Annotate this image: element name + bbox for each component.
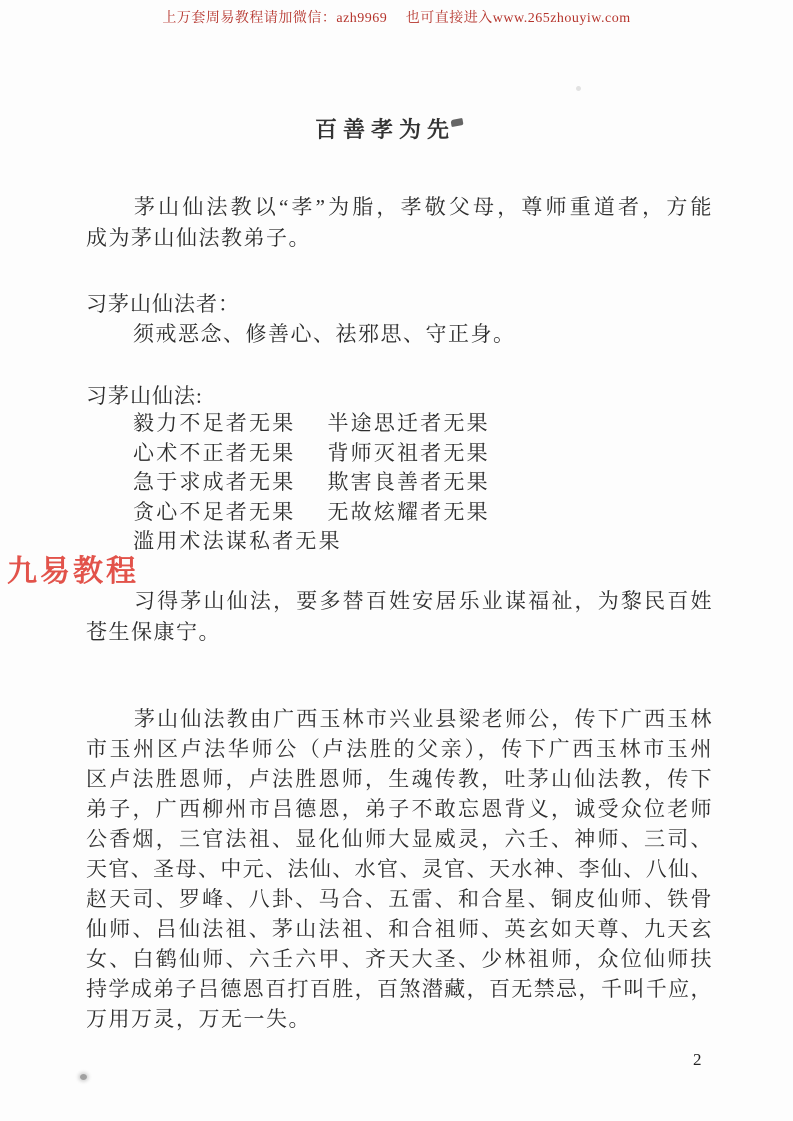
method-rule-left: 毅力不足者无果 (133, 409, 320, 439)
method-rule-row: 毅力不足者无果 半途思迁者无果 (133, 409, 490, 439)
method-rule-row: 贪心不足者无果 无故炫耀者无果 (133, 498, 490, 528)
page-number: 2 (693, 1050, 702, 1070)
text-line: 女、白鹤仙师、六壬六甲、齐天大圣、少林祖师，众位仙师扶 (86, 944, 712, 974)
watermark-text: 九易教程 (7, 546, 139, 590)
text-line: 苍生保康宁。 (86, 617, 712, 648)
scanned-page: 上万套周易教程请加微信：azh9969 也可直接进入www.265zhouyiw… (0, 0, 793, 1121)
text-line: 成为茅山仙法教弟子。 (86, 223, 712, 254)
method-rule-right: 背师灭祖者无果 (327, 441, 489, 465)
section-heading-practitioner: 习茅山仙法者： (86, 288, 240, 318)
intro-paragraph: 茅山仙法教以“孝”为脂，孝敬父母，尊师重道者，方能成为茅山仙法教弟子。 (86, 192, 712, 254)
text-line: 万用万灵，万无一失。 (86, 1004, 712, 1034)
page-title: 百善孝为先 (315, 113, 455, 144)
method-rule-left: 贪心不足者无果 (133, 498, 320, 528)
text-line: 赵天司、罗峰、八卦、马合、五雷、和合星、铜皮仙师、铁骨 (86, 884, 712, 914)
lineage-paragraph: 茅山仙法教由广西玉林市兴业县梁老师公，传下广西玉林市玉州区卢法华师公（卢法胜的父… (86, 704, 712, 1034)
text-line: 习得茅山仙法，要多替百姓安居乐业谋福祉，为黎民百姓 (86, 586, 712, 617)
practitioner-rule: 须戒恶念、修善心、祛邪思、守正身。 (133, 318, 516, 348)
text-line: 茅山仙法教以“孝”为脂，孝敬父母，尊师重道者，方能 (86, 192, 712, 223)
method-rule-right: 无故炫耀者无果 (327, 500, 489, 524)
blessing-paragraph: 习得茅山仙法，要多替百姓安居乐业谋福祉，为黎民百姓苍生保康宁。 (86, 586, 712, 647)
scan-speck-icon (576, 86, 581, 91)
method-rule-left: 滥用术法谋私者无果 (133, 527, 342, 557)
text-line: 弟子，广西柳州市吕德恩，弟子不敢忘恩背义，诚受众位老师 (86, 794, 712, 824)
text-line: 持学成弟子吕德恩百打百胜，百煞潜藏，百无禁忌，千叫千应， (86, 974, 712, 1004)
text-line: 区卢法胜恩师，卢法胜恩师，生魂传教，吐茅山仙法教，传下 (86, 764, 712, 794)
method-rule-row: 滥用术法谋私者无果 (133, 527, 490, 557)
scan-speck-icon (80, 1074, 87, 1080)
text-line: 天官、圣母、中元、法仙、水官、灵官、天水神、李仙、八仙、 (86, 854, 712, 884)
promo-header-text: 上万套周易教程请加微信：azh9969 也可直接进入www.265zhouyiw… (0, 7, 793, 27)
text-line: 公香烟，三官法祖、显化仙师大显威灵，六壬、神师、三司、 (86, 824, 712, 854)
method-rule-left: 心术不正者无果 (133, 439, 320, 469)
method-rule-right: 半途思迁者无果 (327, 411, 489, 435)
method-rule-left: 急于求成者无果 (133, 468, 320, 498)
text-line: 市玉州区卢法华师公（卢法胜的父亲），传下广西玉林市玉州 (86, 734, 712, 764)
method-rules-list: 毅力不足者无果 半途思迁者无果 心术不正者无果 背师灭祖者无果 急于求成者无果 … (133, 409, 490, 557)
method-rule-row: 心术不正者无果 背师灭祖者无果 (133, 439, 490, 469)
method-rule-right: 欺害良善者无果 (327, 470, 489, 494)
text-line: 茅山仙法教由广西玉林市兴业县梁老师公，传下广西玉林 (86, 704, 712, 734)
text-line: 仙师、吕仙法祖、茅山法祖、和合祖师、英玄如天尊、九天玄 (86, 914, 712, 944)
section-heading-method: 习茅山仙法: (86, 380, 203, 410)
method-rule-row: 急于求成者无果 欺害良善者无果 (133, 468, 490, 498)
